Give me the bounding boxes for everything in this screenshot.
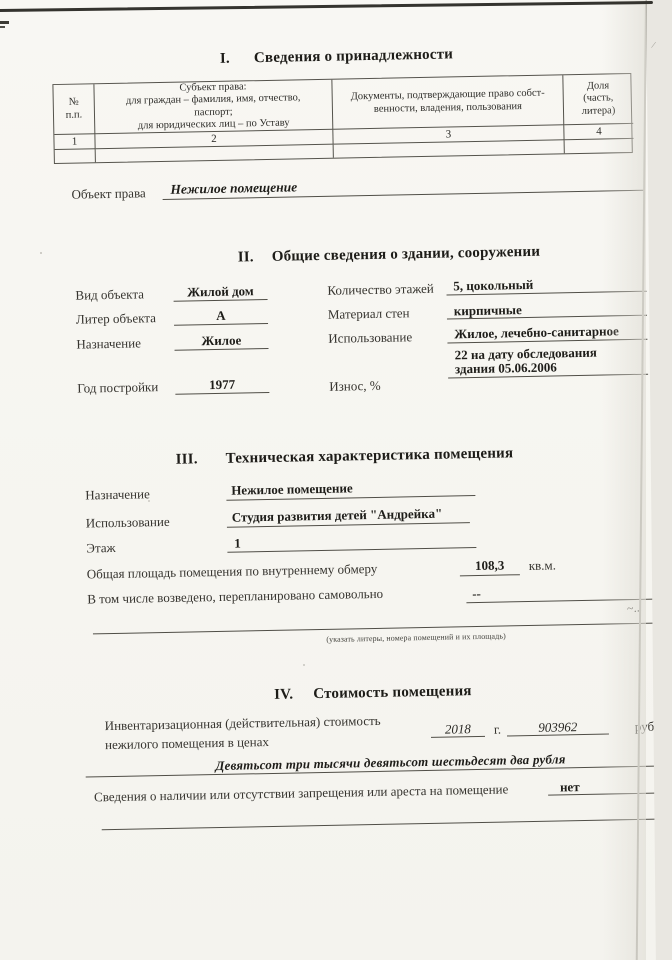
scanned-document-page: I. Сведения о принадлежности № п.п. Субъ… [0, 0, 672, 960]
arrest-info-value: нет [560, 779, 580, 795]
table-colnum-1: 1 [54, 134, 95, 150]
building-type-value: Жилой дом [173, 283, 267, 301]
scan-edge-mark [0, 26, 5, 28]
floor-underline [227, 547, 476, 553]
scan-speck [148, 500, 150, 502]
footnote-caption: (указать литеры, номера помещений и их п… [246, 630, 586, 646]
building-liter-label: Литер объекта [76, 310, 156, 328]
premises-use-label: Использование [86, 514, 170, 532]
build-year-value: 1977 [175, 376, 269, 394]
inventory-cost-label: Инвентаризационная (действительная) стои… [105, 712, 382, 754]
table-header-subject: Субъект права: для граждан – фамилия, им… [94, 80, 333, 135]
section-i-title-text: Сведения о принадлежности [254, 46, 453, 67]
scan-speck [303, 664, 305, 666]
build-year-label: Год постройки [77, 379, 158, 397]
section-ii-number: II. [238, 249, 254, 266]
object-of-right-value: Нежилое помещение [170, 179, 297, 197]
total-area-units: кв.м. [529, 557, 556, 574]
wear-percent-value: 22 на дату обследования здания 05.06.200… [455, 346, 598, 376]
section-i-number: I. [220, 51, 230, 68]
section-iii-title: III. Техническая характеристика помещени… [175, 445, 513, 468]
object-of-right-label: Объект права [71, 185, 146, 202]
section-ii-title: II. Общие сведения о здании, сооружении [238, 244, 541, 267]
building-purpose-label: Назначение [76, 335, 141, 352]
scan-speck [40, 252, 42, 254]
total-area-underline [460, 574, 520, 576]
wall-material-label: Материал стен [328, 305, 410, 323]
unauthorized-changes-value: -- [472, 586, 481, 602]
premises-purpose-label: Назначение [85, 486, 150, 503]
section-iii-number: III. [175, 451, 197, 468]
ownership-table: № п.п. Субъект права: для граждан – фами… [52, 73, 632, 164]
cost-year-underline [431, 736, 485, 738]
building-purpose-value: Жилое [174, 332, 268, 350]
floor-value: 1 [234, 536, 241, 552]
table-header-documents: Документы, подтверждающие право собст- в… [332, 75, 564, 129]
floors-count-label: Количество этажей [327, 281, 434, 299]
table-header-npp: № п.п. [53, 84, 95, 135]
section-ii-title-text: Общие сведения о здании, сооружении [272, 244, 541, 266]
amount-in-words: Девятьсот три тысячи девятьсот шестьдеся… [110, 749, 670, 776]
total-area-value: 108,3 [460, 557, 520, 574]
floors-count-value: 5, цокольный [453, 277, 533, 295]
building-type-label: Вид объекта [75, 286, 144, 303]
building-use-label: Использование [328, 329, 412, 347]
floor-label: Этаж [86, 540, 115, 557]
section-iii-title-text: Техническая характеристика помещения [226, 445, 514, 468]
unauthorized-changes-label: В том числе возведено, перепланировано с… [87, 586, 383, 608]
page-edge-shading [602, 0, 646, 960]
scan-edge-mark [0, 21, 9, 24]
premises-purpose-value: Нежилое помещение [231, 480, 353, 498]
building-liter-value: А [174, 307, 268, 325]
section-iv-number: IV. [274, 687, 293, 704]
cost-year-suffix: г. [494, 722, 501, 738]
total-area-label: Общая площадь помещения по внутреннему о… [87, 561, 378, 583]
section-iv-title: IV. Стоимость помещения [274, 683, 472, 704]
scan-smudge: ~.. [626, 600, 640, 616]
wear-percent-label: Износ, % [329, 378, 381, 395]
section-iv-title-text: Стоимость помещения [313, 683, 472, 703]
table-empty-cell [55, 149, 96, 163]
document-content: I. Сведения о принадлежности № п.п. Субъ… [0, 0, 672, 960]
bottom-rule [102, 818, 672, 830]
section-i-title: I. Сведения о принадлежности [220, 46, 453, 67]
arrest-info-label: Сведения о наличии или отсутствии запрещ… [94, 781, 509, 805]
